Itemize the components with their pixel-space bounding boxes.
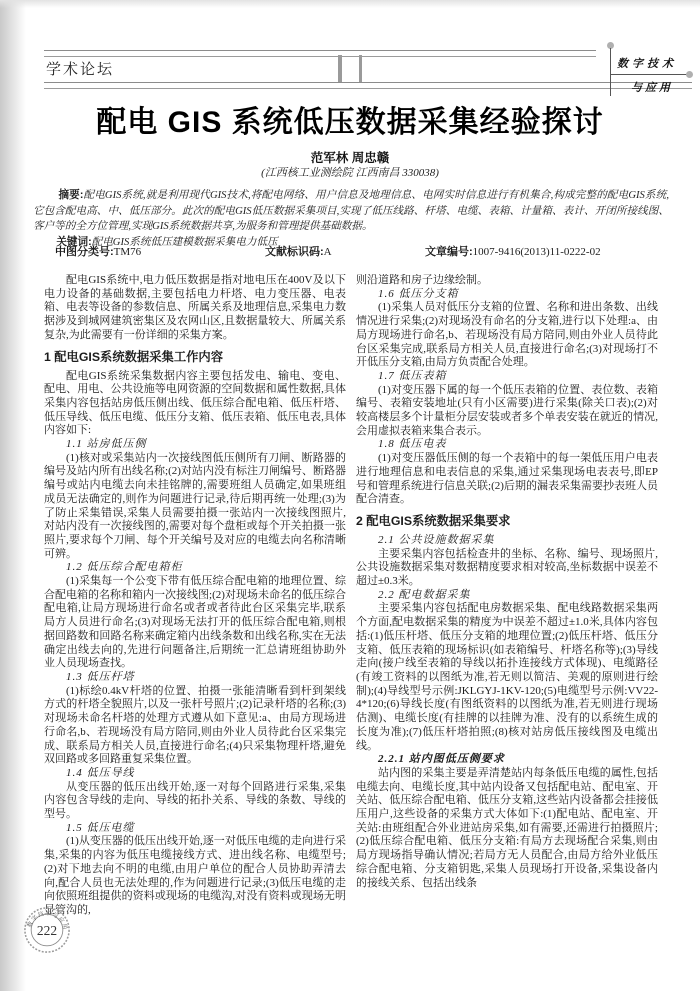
subsection-heading: 2.2 配电数据采集 bbox=[356, 589, 658, 603]
body-paragraph: (1)标绘0.4kV杆塔的位置、拍摄一张能清晰看到杆到架线方式的杆塔全貌照片,以… bbox=[44, 685, 346, 767]
logo-horizontal-line bbox=[610, 74, 690, 75]
section-heading: 2 配电GIS系统数据采集要求 bbox=[356, 514, 658, 529]
subsection-heading: 1.8 低压电表 bbox=[356, 438, 658, 452]
left-column: 配电GIS系统中,电力低压数据是指对地电压在400V及以下电力设备的基础数据,主… bbox=[44, 274, 346, 946]
article-id: 文章编号:1007-9416(2013)11-0222-02 bbox=[425, 243, 601, 259]
subsection-heading: 1.6 低压分支箱 bbox=[356, 288, 658, 302]
body-paragraph: (1)对变压器低压侧的每一个表箱中的每一架低压用户电表进行地理信息和电表信息的采… bbox=[356, 452, 658, 507]
body-paragraph: (1)采集每一个公变下带有低压综合配电箱的地理位置、综合配电箱的名称和箱内一次接… bbox=[44, 575, 346, 671]
body-paragraph: 站内图的采集主要是弄清楚站内每条低压电缆的属性,包括电缆去向、电缆长度,其中站内… bbox=[356, 767, 658, 890]
article-body: 配电GIS系统中,电力低压数据是指对地电压在400V及以下电力设备的基础数据,主… bbox=[44, 274, 658, 946]
abstract-label: 摘要: bbox=[58, 189, 83, 201]
header-rule-bottom bbox=[44, 82, 692, 89]
clc-number: 中图分类号:TM76 bbox=[55, 243, 265, 259]
body-paragraph: (1)核对或采集站内一次接线图低压侧所有刀闸、断路器的编号及站内所有出线名称;(… bbox=[44, 452, 346, 562]
header-rule-top bbox=[44, 50, 596, 57]
abstract-text: 配电GIS系统,就是利用现代GIS技术,将配电网络、用户信息及地理信息、电网实时… bbox=[33, 190, 669, 232]
body-paragraph: (1)对变压器下属的每一个低压表箱的位置、表位数、表箱编号、表箱安装地址(只有小… bbox=[356, 384, 658, 439]
abstract-paragraph: 摘要:配电GIS系统,就是利用现代GIS技术,将配电网络、用户信息及地理信息、电… bbox=[33, 188, 669, 235]
scan-edge-shadow-top bbox=[0, 0, 700, 8]
article-meta-row: 中图分类号:TM76 文献标识码:A 文章编号:1007-9416(2013)1… bbox=[33, 243, 669, 259]
subsection-heading: 1.3 低压杆塔 bbox=[44, 671, 346, 685]
article-title: 配电 GIS 系统低压数据采集经验探讨 bbox=[0, 97, 700, 141]
body-paragraph: 主要采集内容包括检查井的坐标、名称、编号、现场照片,公共设施数据采集对数据精度要… bbox=[356, 548, 658, 589]
body-paragraph: 配电GIS系统采集数据内容主要包括发电、输电、变电、配电、用电、公共设施等电网资… bbox=[44, 370, 346, 439]
body-paragraph: 配电GIS系统中,电力低压数据是指对地电压在400V及以下电力设备的基础数据,主… bbox=[44, 274, 346, 343]
header-divider-bars-icon bbox=[338, 55, 362, 82]
subsection-heading: 1.5 低压电缆 bbox=[44, 822, 346, 836]
logo-vertical-line bbox=[610, 48, 611, 96]
document-code: 文献标识码:A bbox=[265, 243, 425, 259]
body-paragraph-continuation: 则沿道路和房子边缘绘制。 bbox=[356, 274, 658, 288]
divider-bar-icon bbox=[359, 55, 363, 82]
body-paragraph: 从变压器的低压出线开始,逐一对每个回路进行采集,采集内容包含导线的走向、导线的拓… bbox=[44, 781, 346, 822]
section-heading: 1 配电GIS系统数据采集工作内容 bbox=[44, 350, 346, 365]
logo-dot-icon bbox=[686, 71, 693, 78]
subsection-heading: 1.7 低压表箱 bbox=[356, 370, 658, 384]
column-section-label: 学术论坛 bbox=[46, 58, 114, 79]
right-column: 则沿道路和房子边缘绘制。1.6 低压分支箱(1)采集人员对低压分支箱的位置、名称… bbox=[356, 274, 658, 946]
page-number: 222 bbox=[37, 923, 57, 938]
body-paragraph: (1)从变压器的低压出线开始,逐一对低压电缆的走向进行采集,采集的内容为低压电缆… bbox=[44, 835, 346, 917]
subsection-heading: 2.1 公共设施数据采集 bbox=[356, 534, 658, 548]
divider-bar-icon bbox=[338, 55, 342, 82]
journal-name-line2: 与应用 bbox=[631, 79, 673, 95]
subsection-heading: 1.4 低压导线 bbox=[44, 767, 346, 781]
article-affiliation: (江西核工业测绘院 江西南昌 330038) bbox=[0, 164, 700, 180]
subsection-heading: 1.2 低压综合配电箱柜 bbox=[44, 561, 346, 575]
journal-page: 学术论坛 数字技术 与应用 配电 GIS 系统低压数据采集经验探讨 范军林 周忠… bbox=[0, 0, 700, 991]
journal-logo: 数字技术 与应用 bbox=[598, 42, 694, 100]
subsubsection-heading: 2.2.1 站内图低压侧要求 bbox=[356, 753, 658, 767]
abstract-block: 摘要:配电GIS系统,就是利用现代GIS技术,将配电网络、用户信息及地理信息、电… bbox=[33, 188, 669, 250]
body-paragraph: (1)采集人员对低压分支箱的位置、名称和进出条数、出线情况进行采集;(2)对现场… bbox=[356, 301, 658, 370]
body-paragraph: 主要采集内容包括配电房数据采集、配电线路数据采集两个方面,配电数据采集的精度为中… bbox=[356, 602, 658, 753]
journal-name-line1: 数字技术 bbox=[617, 55, 677, 71]
subsection-heading: 1.1 站房低压侧 bbox=[44, 438, 346, 452]
page-number-stamp: 数字技术与应用 222 bbox=[23, 906, 71, 954]
